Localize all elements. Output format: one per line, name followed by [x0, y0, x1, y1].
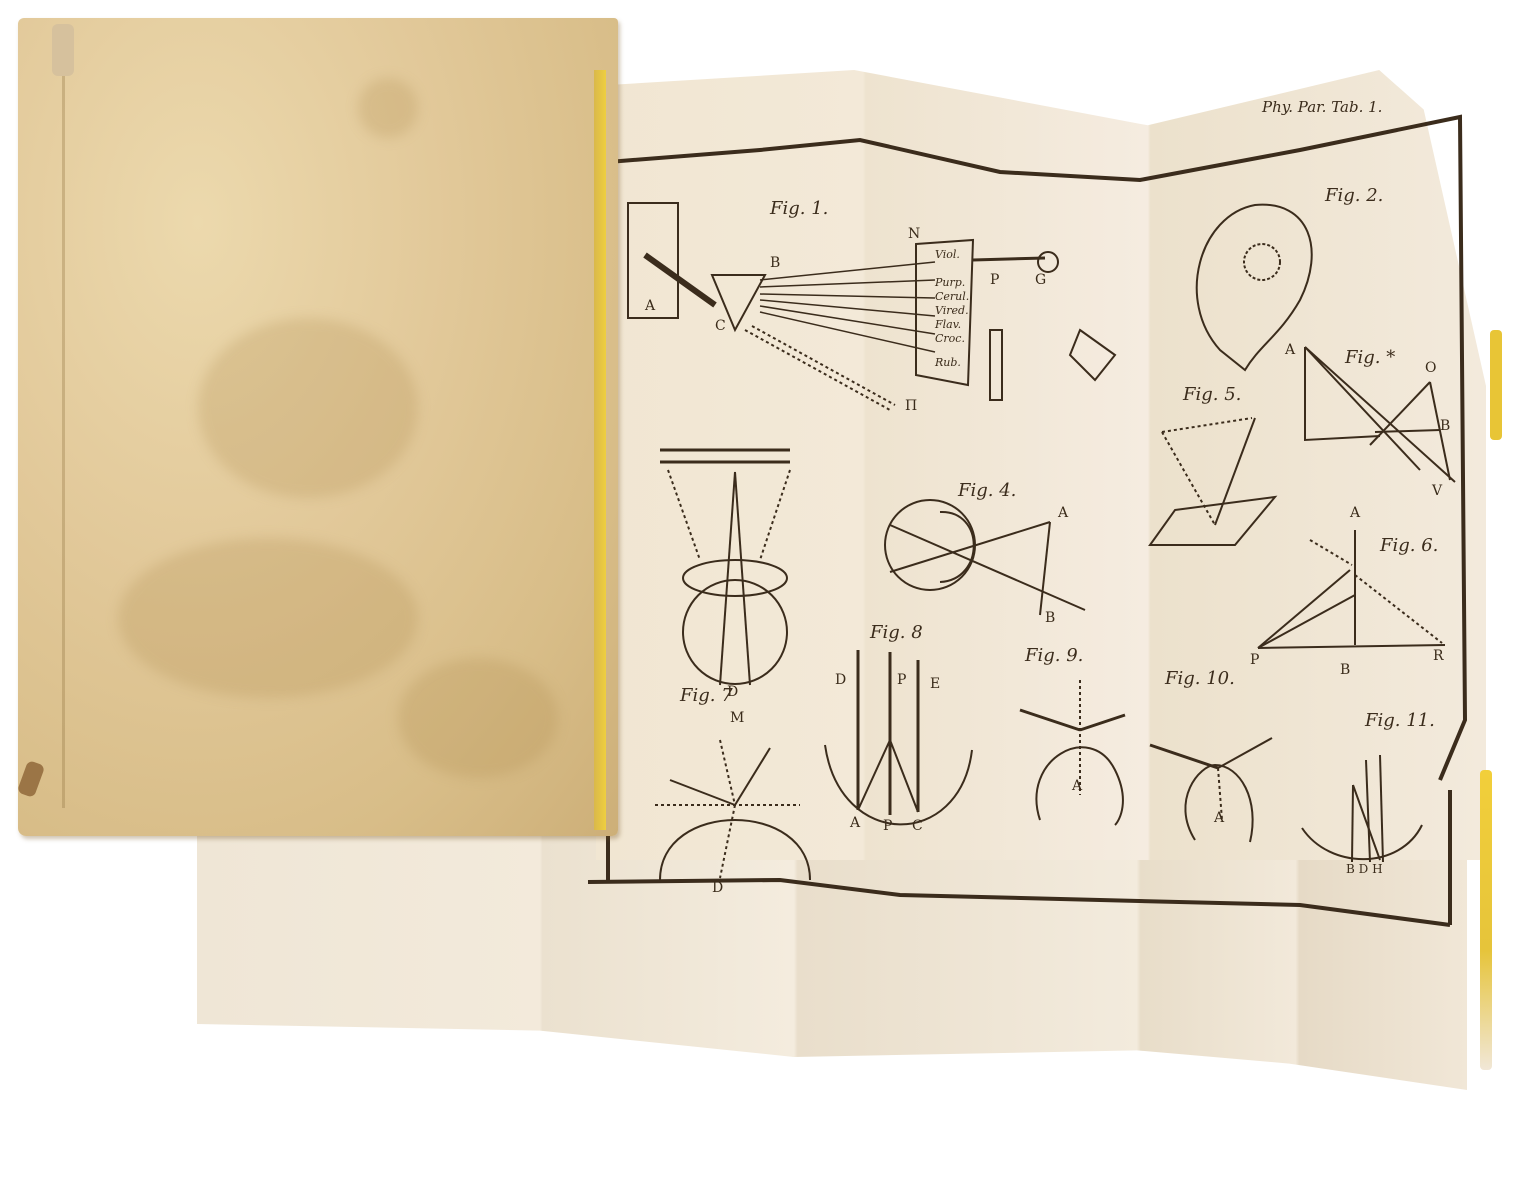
fig-1-caption: Fig. 1. [770, 198, 828, 219]
fig-2-caption: Fig. 2. [1325, 185, 1383, 206]
cover-stain [198, 318, 418, 498]
fig-1-label-b: B [770, 255, 780, 271]
fig-4-caption: Fig. 4. [958, 480, 1016, 501]
fig-1-label-n: N [908, 226, 920, 242]
fig-7-caption: Fig. 7 [680, 685, 733, 706]
fig-5-caption: Fig. 5. [1183, 384, 1241, 405]
fig-8-caption: Fig. 8 [870, 622, 923, 643]
fig-1-spectrum-purp: Purp. [935, 276, 965, 289]
fig-star-caption: Fig. * [1345, 347, 1395, 368]
cover-stain [118, 538, 418, 698]
fig-1-label-a: A [645, 298, 655, 314]
fig-1-spectrum-cerul: Cerul. [935, 290, 969, 303]
fig-8-label-d: D [835, 672, 846, 688]
plate-header: Phy. Par. Tab. 1. [1262, 98, 1382, 116]
fig-star-label-a: A [1285, 342, 1295, 358]
fig-8-label-p-bottom: P [883, 818, 892, 834]
book-spine-headcap [52, 24, 74, 76]
spine-crease [62, 48, 65, 808]
fig-8-label-p: P [897, 672, 906, 688]
fig-7-label-m: M [730, 710, 744, 726]
fig-6-label-p: P [1250, 652, 1259, 668]
fig-8-label-e: E [930, 676, 940, 692]
fig-10-caption: Fig. 10. [1165, 668, 1235, 689]
fig-star-label-v: V [1432, 483, 1442, 499]
fig-1-spectrum-flav: Flav. [935, 318, 961, 331]
book-page-edge-yellow [594, 70, 606, 830]
photo-scene: Phy. Par. Tab. 1. Fig. 1. Fig. 2. Fig. *… [0, 0, 1532, 1200]
fig-6-label-a: A [1350, 505, 1360, 521]
cover-stain [358, 78, 418, 138]
vellum-book-cover [18, 18, 618, 836]
fig-9-caption: Fig. 9. [1025, 645, 1083, 666]
fig-1-label-pi: Π [905, 398, 917, 414]
fig-1-label-p: P [990, 272, 999, 288]
cover-stain [398, 658, 558, 778]
fig-11-caption: Fig. 11. [1365, 710, 1435, 731]
fig-1-spectrum-vired: Vired. [935, 304, 969, 317]
fig-4-label-b: B [1045, 610, 1055, 626]
fig-8-label-c: C [912, 818, 923, 834]
fig-1-spectrum-rub: Rub. [935, 356, 961, 369]
fig-7-label-d: D [727, 684, 738, 700]
fig-star-label-o: O [1425, 360, 1436, 376]
fig-6-label-r: R [1433, 648, 1444, 664]
fig-1-label-c: C [715, 318, 726, 334]
fig-6-label-b: B [1340, 662, 1350, 678]
fig-10-label-a: A [1214, 810, 1224, 826]
fig-4-label-a: A [1058, 505, 1068, 521]
fig-8-label-a: A [850, 815, 860, 831]
fig-6-caption: Fig. 6. [1380, 535, 1438, 556]
fig-1-spectrum-viol: Viol. [935, 248, 960, 261]
fig-1-spectrum-croc: Croc. [935, 332, 965, 345]
fig-7-label-d-bottom: D [712, 880, 723, 896]
fig-star-label-b: B [1440, 418, 1450, 434]
fig-1-label-g: G [1035, 272, 1046, 288]
fig-9-label-a: A [1072, 778, 1082, 794]
fig-11-label-bdh: B D H [1346, 862, 1383, 876]
